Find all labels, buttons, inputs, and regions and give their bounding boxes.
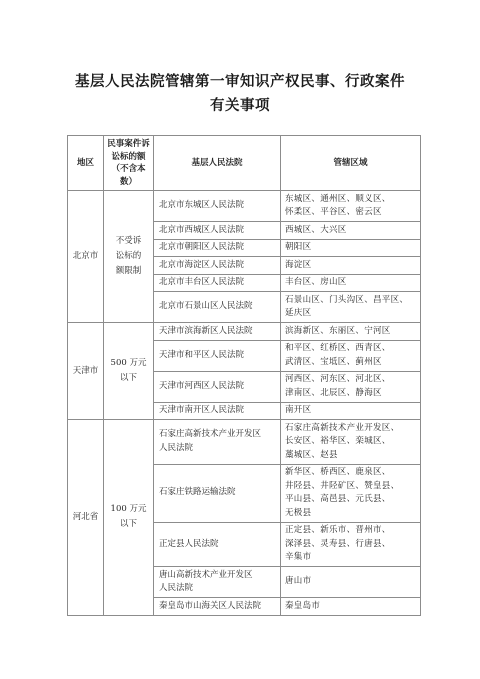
court-cell: 北京市海淀区人民法院 (154, 257, 281, 275)
court-cell: 北京市朝阳区人民法院 (154, 239, 281, 257)
court-cell: 天津市南开区人民法院 (154, 402, 281, 420)
header-region: 地区 (68, 136, 104, 191)
document-title-line2: 有关事项 (0, 94, 480, 118)
document-title-line1: 基层人民法院管辖第一审知识产权民事、行政案件 (0, 70, 480, 94)
region-cell: 天津市 (68, 323, 104, 420)
threshold-cell: 500 万元 以下 (104, 323, 154, 420)
threshold-cell: 100 万元 以下 (104, 420, 154, 616)
area-cell: 秦皇岛市 (281, 598, 421, 616)
jurisdiction-table: 地区 民事案件诉讼标的额（不含本数） 基层人民法院 管辖区域 北京市不受诉 讼标… (67, 135, 421, 616)
court-cell: 石家庄铁路运输法院 (154, 464, 281, 522)
court-cell: 秦皇岛市山海关区人民法院 (154, 598, 281, 616)
table-row: 北京市不受诉 讼标的 额限制北京市东城区人民法院东城区、通州区、顺义区、 怀柔区… (68, 191, 421, 222)
area-cell: 西城区、大兴区 (281, 222, 421, 240)
court-cell: 北京市西城区人民法院 (154, 222, 281, 240)
court-cell: 唐山高新技术产业开发区 人民法院 (154, 567, 281, 598)
area-cell: 朝阳区 (281, 239, 421, 257)
court-cell: 天津市滨海新区人民法院 (154, 323, 281, 341)
table-header-row: 地区 民事案件诉讼标的额（不含本数） 基层人民法院 管辖区域 (68, 136, 421, 191)
document-title: 基层人民法院管辖第一审知识产权民事、行政案件 有关事项 (0, 70, 480, 118)
area-cell: 海淀区 (281, 257, 421, 275)
court-cell: 北京市石景山区人民法院 (154, 292, 281, 323)
court-cell: 正定县人民法院 (154, 522, 281, 567)
region-cell: 北京市 (68, 191, 104, 323)
area-cell: 正定县、新乐市、晋州市、 深泽县、灵寿县、行唐县、 辛集市 (281, 522, 421, 567)
table-row: 天津市500 万元 以下天津市滨海新区人民法院滨海新区、东丽区、宁河区 (68, 323, 421, 341)
area-cell: 唐山市 (281, 567, 421, 598)
area-cell: 新华区、桥西区、鹿泉区、 井陉县、井陉矿区、赞皇县、 平山县、高邑县、元氏县、 … (281, 464, 421, 522)
area-cell: 和平区、红桥区、西青区、 武清区、宝坻区、蓟州区 (281, 340, 421, 371)
area-cell: 东城区、通州区、顺义区、 怀柔区、平谷区、密云区 (281, 191, 421, 222)
court-cell: 天津市和平区人民法院 (154, 340, 281, 371)
area-cell: 南开区 (281, 402, 421, 420)
court-table-body: 北京市不受诉 讼标的 额限制北京市东城区人民法院东城区、通州区、顺义区、 怀柔区… (68, 191, 421, 616)
area-cell: 石景山区、门头沟区、昌平区、 延庆区 (281, 292, 421, 323)
court-cell: 石家庄高新技术产业开发区 人民法院 (154, 420, 281, 465)
area-cell: 滨海新区、东丽区、宁河区 (281, 323, 421, 341)
area-cell: 丰台区、房山区 (281, 274, 421, 292)
table-row: 河北省100 万元 以下石家庄高新技术产业开发区 人民法院石家庄高新技术产业开发… (68, 420, 421, 465)
header-court: 基层人民法院 (154, 136, 281, 191)
area-cell: 石家庄高新技术产业开发区、 长安区、裕华区、栾城区、 藁城区、赵县 (281, 420, 421, 465)
threshold-cell: 不受诉 讼标的 额限制 (104, 191, 154, 323)
region-cell: 河北省 (68, 420, 104, 616)
court-cell: 北京市东城区人民法院 (154, 191, 281, 222)
header-threshold: 民事案件诉讼标的额（不含本数） (104, 136, 154, 191)
header-area: 管辖区域 (281, 136, 421, 191)
area-cell: 河西区、河东区、河北区、 津南区、北辰区、静海区 (281, 371, 421, 402)
court-cell: 天津市河西区人民法院 (154, 371, 281, 402)
court-cell: 北京市丰台区人民法院 (154, 274, 281, 292)
